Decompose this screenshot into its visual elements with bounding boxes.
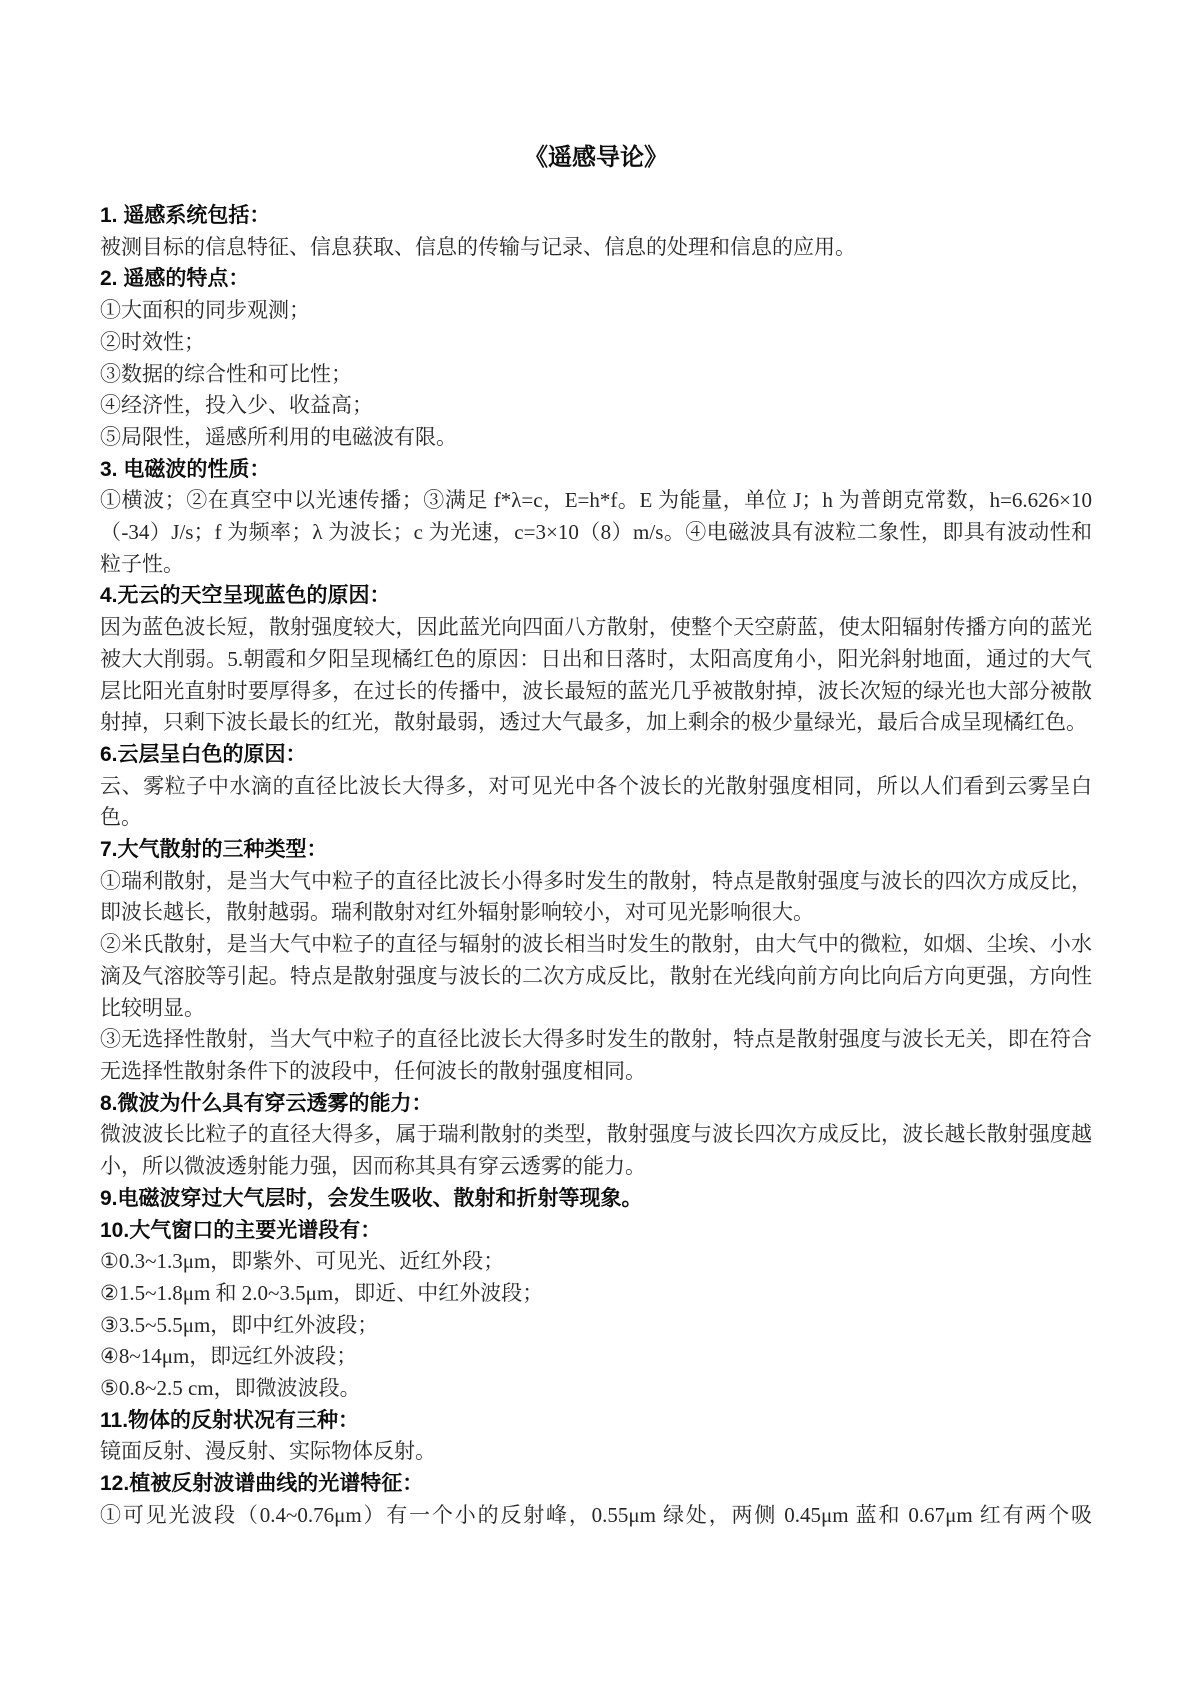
doc-title: 《遥感导论》 (100, 142, 1092, 174)
doc-heading: 4.无云的天空呈现蓝色的原因： (100, 580, 1092, 612)
doc-paragraph: ①可见光波段（0.4~0.76μm）有一个小的反射峰，0.55μm 绿处，两侧 … (100, 1500, 1092, 1532)
doc-paragraph: ②1.5~1.8μm 和 2.0~3.5μm，即近、中红外波段； (100, 1278, 1092, 1310)
doc-paragraph: ④8~14μm，即远红外波段； (100, 1341, 1092, 1373)
doc-heading: 11.物体的反射状况有三种： (100, 1405, 1092, 1437)
doc-heading: 10.大气窗口的主要光谱段有： (100, 1215, 1092, 1247)
doc-paragraph: ③3.5~5.5μm，即中红外波段； (100, 1310, 1092, 1342)
doc-paragraph: 云、雾粒子中水滴的直径比波长大得多，对可见光中各个波长的光散射强度相同，所以人们… (100, 771, 1092, 834)
doc-heading: 3. 电磁波的性质： (100, 454, 1092, 486)
doc-paragraph: 微波波长比粒子的直径大得多，属于瑞利散射的类型，散射强度与波长四次方成反比，波长… (100, 1119, 1092, 1182)
doc-heading: 7.大气散射的三种类型： (100, 834, 1092, 866)
doc-paragraph: ②米氏散射，是当大气中粒子的直径与辐射的波长相当时发生的散射，由大气中的微粒，如… (100, 929, 1092, 1024)
doc-heading: 12.植被反射波谱曲线的光谱特征： (100, 1468, 1092, 1500)
doc-paragraph: 被测目标的信息特征、信息获取、信息的传输与记录、信息的处理和信息的应用。 (100, 232, 1092, 264)
doc-paragraph: ②时效性； (100, 327, 1092, 359)
doc-paragraph: ①横波；②在真空中以光速传播；③满足 f*λ=c，E=h*f。E 为能量，单位 … (100, 485, 1092, 580)
doc-paragraph: 镜面反射、漫反射、实际物体反射。 (100, 1436, 1092, 1468)
doc-heading: 1. 遥感系统包括： (100, 200, 1092, 232)
doc-paragraph: 因为蓝色波长短，散射强度较大，因此蓝光向四面八方散射，使整个天空蔚蓝，使太阳辐射… (100, 612, 1092, 739)
doc-heading: 2. 遥感的特点： (100, 263, 1092, 295)
doc-heading: 8.微波为什么具有穿云透雾的能力： (100, 1088, 1092, 1120)
doc-heading: 9.电磁波穿过大气层时，会发生吸收、散射和折射等现象。 (100, 1183, 1092, 1215)
doc-paragraph: ③无选择性散射，当大气中粒子的直径比波长大得多时发生的散射，特点是散射强度与波长… (100, 1024, 1092, 1087)
doc-body: 1. 遥感系统包括：被测目标的信息特征、信息获取、信息的传输与记录、信息的处理和… (100, 200, 1092, 1532)
doc-paragraph: ①瑞利散射，是当大气中粒子的直径比波长小得多时发生的散射，特点是散射强度与波长的… (100, 866, 1092, 929)
doc-paragraph: ⑤局限性，遥感所利用的电磁波有限。 (100, 422, 1092, 454)
doc-paragraph: ⑤0.8~2.5 cm，即微波波段。 (100, 1373, 1092, 1405)
document-page: 《遥感导论》 1. 遥感系统包括：被测目标的信息特征、信息获取、信息的传输与记录… (0, 0, 1190, 1683)
doc-heading: 6.云层呈白色的原因： (100, 739, 1092, 771)
doc-paragraph: ④经济性，投入少、收益高； (100, 390, 1092, 422)
doc-paragraph: ①0.3~1.3μm，即紫外、可见光、近红外段； (100, 1246, 1092, 1278)
doc-paragraph: ③数据的综合性和可比性； (100, 359, 1092, 391)
doc-paragraph: ①大面积的同步观测； (100, 295, 1092, 327)
